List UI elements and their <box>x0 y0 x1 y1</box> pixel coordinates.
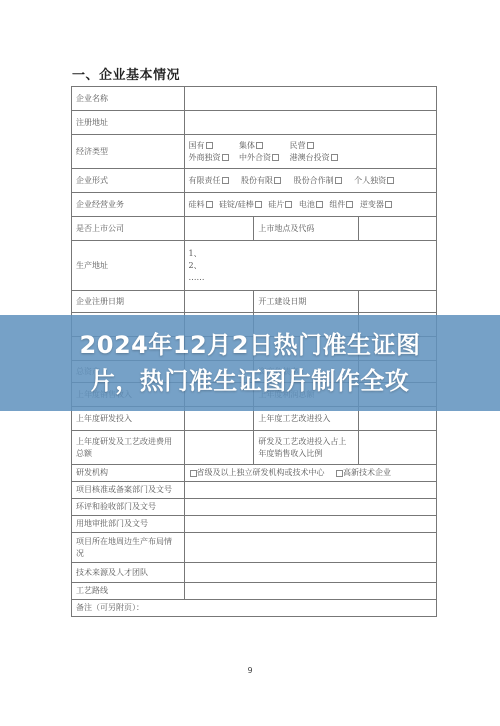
checkbox-icon[interactable] <box>272 154 279 161</box>
table-row-company-form: 企业形式 有限责任 股份有限 股份合作制 个人独资 <box>72 169 437 193</box>
checkbox-icon[interactable] <box>222 154 229 161</box>
rd-institution-options: 省级及以上独立研发机构或技术中心 高新技术企业 <box>184 465 437 482</box>
option-high-tech-enterprise[interactable]: 高新技术企业 <box>335 467 391 479</box>
checkbox-icon[interactable] <box>256 142 263 149</box>
table-row-production-address: 生产地址 1、 2、 …… <box>72 241 437 291</box>
checkbox-icon[interactable] <box>387 177 394 184</box>
table-row-rd-total: 上年度研发及工艺改进费用总额 研发及工艺改进投入占上年度销售收入比例 <box>72 431 437 465</box>
checkbox-icon[interactable] <box>335 177 342 184</box>
cell-label: 企业名称 <box>72 87 185 111</box>
table-row-env-assessment: 环评和验收部门及文号 <box>72 499 437 516</box>
checkbox-icon[interactable] <box>285 201 292 208</box>
land-approval-field[interactable] <box>184 516 437 533</box>
cell-label: 是否上市公司 <box>72 217 185 241</box>
option-silicon-material[interactable]: 硅料 <box>189 199 213 211</box>
checkbox-icon[interactable] <box>316 201 323 208</box>
cell-label: 经济类型 <box>72 135 185 169</box>
table-row-process-route: 工艺路线 <box>72 583 437 600</box>
cell-label: 企业经营业务 <box>72 193 185 217</box>
option-joint-venture[interactable]: 中外合资 <box>239 152 287 164</box>
option-ingot[interactable]: 硅锭/硅棒 <box>219 199 262 211</box>
production-address-field[interactable]: 1、 2、 …… <box>184 241 437 291</box>
table-row-rd-institution: 研发机构 省级及以上独立研发机构或技术中心 高新技术企业 <box>72 465 437 482</box>
checkbox-icon[interactable] <box>190 470 197 477</box>
business-scope-options: 硅料 硅锭/硅棒 硅片 电池 组件 逆变器 <box>184 193 437 217</box>
table-row-company-name: 企业名称 <box>72 87 437 111</box>
cell-label: 开工建设日期 <box>254 291 359 313</box>
checkbox-icon[interactable] <box>222 177 229 184</box>
option-limited-liability[interactable]: 有限责任 <box>189 175 229 187</box>
cell-label: 环评和验收部门及文号 <box>72 499 185 516</box>
company-name-field[interactable] <box>184 87 437 111</box>
option-module[interactable]: 组件 <box>329 199 353 211</box>
option-provincial-rd-center[interactable]: 省级及以上独立研发机构或技术中心 <box>189 467 325 479</box>
page-number: 9 <box>0 666 500 675</box>
option-wafer[interactable]: 硅片 <box>268 199 292 211</box>
checkbox-icon[interactable] <box>336 470 343 477</box>
table-row-land-approval: 用地审批部门及文号 <box>72 516 437 533</box>
checkbox-icon[interactable] <box>331 154 338 161</box>
option-state-owned[interactable]: 国有 <box>189 140 237 152</box>
registration-date-field[interactable] <box>184 291 254 313</box>
table-row-registration-date: 企业注册日期 开工建设日期 <box>72 291 437 313</box>
option-hk-macau-taiwan[interactable]: 港澳台投资 <box>290 152 338 164</box>
option-foreign-owned[interactable]: 外商独资 <box>189 152 237 164</box>
process-route-field[interactable] <box>184 583 437 600</box>
table-row-surrounding-layout: 项目所在地周边生产布局情况 <box>72 533 437 563</box>
checkbox-icon[interactable] <box>206 201 213 208</box>
table-row-economic-type: 经济类型 国有 集体 民营 外商独资 中外合资 港澳台投资 <box>72 135 437 169</box>
cell-label: 上市地点及代码 <box>254 217 359 241</box>
option-sole-proprietor[interactable]: 个人独资 <box>354 175 394 187</box>
title-banner: 2024年12月2日热门准生证图 片，热门准生证图片制作全攻 <box>0 315 500 411</box>
checkbox-icon[interactable] <box>274 177 281 184</box>
cell-label: 生产地址 <box>72 241 185 291</box>
cell-label: 技术来源及人才团队 <box>72 563 185 583</box>
env-assessment-field[interactable] <box>184 499 437 516</box>
cell-label: 研发机构 <box>72 465 185 482</box>
table-row-project-approval: 项目核准或备案部门及文号 <box>72 482 437 499</box>
table-row-registered-address: 注册地址 <box>72 111 437 135</box>
option-cooperative[interactable]: 股份合作制 <box>294 175 342 187</box>
surrounding-layout-field[interactable] <box>184 533 437 563</box>
cell-label: 注册地址 <box>72 111 185 135</box>
banner-title-line-2: 片，热门准生证图片制作全攻 <box>91 363 410 399</box>
project-approval-field[interactable] <box>184 482 437 499</box>
cell-label: 工艺路线 <box>72 583 185 600</box>
table-row-remarks: 备注（可另附页）： <box>72 600 437 617</box>
listed-field[interactable] <box>184 217 254 241</box>
cell-label: 企业注册日期 <box>72 291 185 313</box>
checkbox-icon[interactable] <box>255 201 262 208</box>
company-form-options: 有限责任 股份有限 股份合作制 个人独资 <box>184 169 437 193</box>
table-row-tech-source: 技术来源及人才团队 <box>72 563 437 583</box>
listing-location-field[interactable] <box>359 217 437 241</box>
section-title: 一、企业基本情况 <box>72 64 180 83</box>
cell-label: 用地审批部门及文号 <box>72 516 185 533</box>
rd-ratio-field[interactable] <box>359 431 437 465</box>
cell-label: 企业形式 <box>72 169 185 193</box>
checkbox-icon[interactable] <box>385 201 392 208</box>
remarks-field[interactable]: 备注（可另附页）： <box>72 600 437 617</box>
checkbox-icon[interactable] <box>307 142 314 149</box>
option-joint-stock[interactable]: 股份有限 <box>241 175 281 187</box>
cell-label: 研发及工艺改进投入占上年度销售收入比例 <box>254 431 359 465</box>
checkbox-icon[interactable] <box>346 201 353 208</box>
table-row-listed: 是否上市公司 上市地点及代码 <box>72 217 437 241</box>
table-row-business-scope: 企业经营业务 硅料 硅锭/硅棒 硅片 电池 组件 逆变器 <box>72 193 437 217</box>
tech-source-field[interactable] <box>184 563 437 583</box>
cell-label: 上年度研发及工艺改进费用总额 <box>72 431 185 465</box>
option-collective[interactable]: 集体 <box>239 140 287 152</box>
option-cell[interactable]: 电池 <box>299 199 323 211</box>
option-private[interactable]: 民营 <box>290 140 338 152</box>
construction-date-field[interactable] <box>359 291 437 313</box>
economic-type-options: 国有 集体 民营 外商独资 中外合资 港澳台投资 <box>184 135 437 169</box>
banner-title-line-1: 2024年12月2日热门准生证图 <box>80 327 421 363</box>
option-inverter[interactable]: 逆变器 <box>360 199 392 211</box>
registered-address-field[interactable] <box>184 111 437 135</box>
rd-total-field[interactable] <box>184 431 254 465</box>
checkbox-icon[interactable] <box>206 142 213 149</box>
cell-label: 项目所在地周边生产布局情况 <box>72 533 185 563</box>
cell-label: 项目核准或备案部门及文号 <box>72 482 185 499</box>
